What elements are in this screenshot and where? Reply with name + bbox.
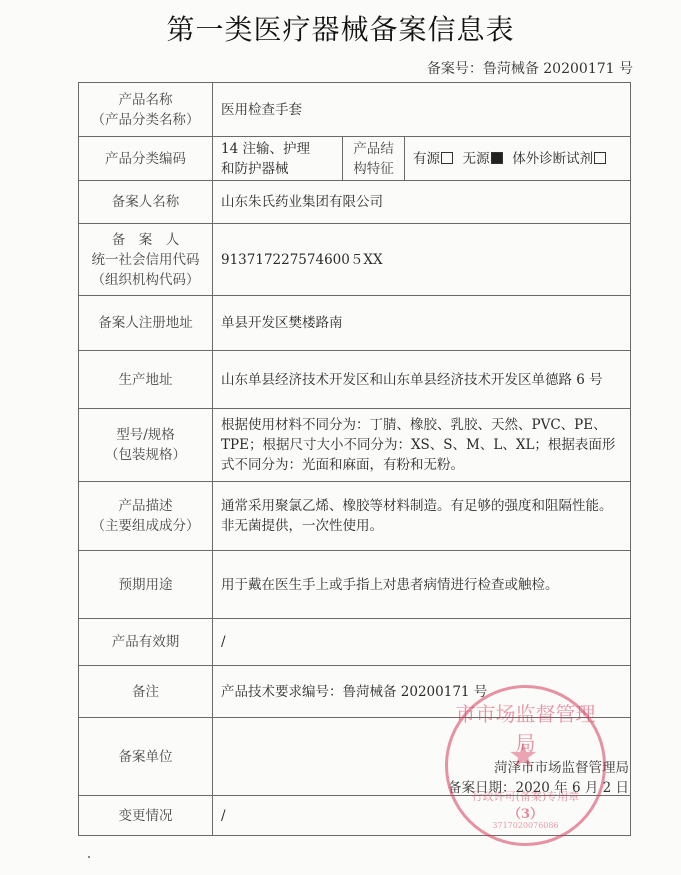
registrant-name-value: 山东朱氏药业集团有限公司 xyxy=(213,181,631,224)
row-classification: 产品分类编码 14 注输、护理和防护器械 产品结构特征 有源 无源 体外诊断试剂 xyxy=(79,137,631,181)
credit-code-label: 备 案 人统一社会信用代码（组织机构代码） xyxy=(79,224,213,296)
row-changes: 变更情况 / xyxy=(79,796,631,836)
model-spec-value: 根据使用材料不同分为：丁腈、橡胶、乳胶、天然、PVC、PE、TPE；根据尺寸大小… xyxy=(213,409,631,482)
checkbox-ivd-icon xyxy=(594,152,606,164)
remarks-label: 备注 xyxy=(79,666,213,718)
production-address-label: 生产地址 xyxy=(79,351,213,409)
row-model-spec: 型号/规格（包装规格） 根据使用材料不同分为：丁腈、橡胶、乳胶、天然、PVC、P… xyxy=(79,409,631,482)
intended-use-value: 用于戴在医生手上或手指上对患者病情进行检查或触检。 xyxy=(213,551,631,619)
validity-value: / xyxy=(213,619,631,666)
row-credit-code: 备 案 人统一社会信用代码（组织机构代码） 913717227574600５XX xyxy=(79,224,631,296)
remarks-value: 产品技术要求编号：鲁菏械备 20200171 号 xyxy=(213,666,631,718)
row-registered-address: 备案人注册地址 单县开发区樊楼路南 xyxy=(79,296,631,351)
intended-use-label: 预期用途 xyxy=(79,551,213,619)
validity-label: 产品有效期 xyxy=(79,619,213,666)
row-description: 产品描述（主要组成成分） 通常采用聚氯乙烯、橡胶等材料制造。有足够的强度和阻隔性… xyxy=(79,482,631,551)
structure-options: 有源 无源 体外诊断试剂 xyxy=(405,137,631,181)
row-validity: 产品有效期 / xyxy=(79,619,631,666)
model-spec-label: 型号/规格（包装规格） xyxy=(79,409,213,482)
row-product-name: 产品名称（产品分类名称） 医用检查手套 xyxy=(79,83,631,137)
filing-date: 备案日期：2020 年 6 月 2 日 xyxy=(448,776,629,796)
structure-label: 产品结构特征 xyxy=(343,137,405,181)
filing-unit-label: 备案单位 xyxy=(79,718,213,796)
row-production-address: 生产地址 山东单县经济技术开发区和山东单县经济技术开发区单德路 6 号 xyxy=(79,351,631,409)
changes-label: 变更情况 xyxy=(79,796,213,836)
credit-code-value: 913717227574600５XX xyxy=(213,224,631,296)
description-label: 产品描述（主要组成成分） xyxy=(79,482,213,551)
row-intended-use: 预期用途 用于戴在医生手上或手指上对患者病情进行检查或触检。 xyxy=(79,551,631,619)
record-info-table: 产品名称（产品分类名称） 医用检查手套 产品分类编码 14 注输、护理和防护器械… xyxy=(78,82,631,836)
registrant-name-label: 备案人名称 xyxy=(79,181,213,224)
checkbox-active-icon xyxy=(441,152,453,164)
classification-value: 14 注输、护理和防护器械 xyxy=(213,137,343,181)
production-address-value: 山东单县经济技术开发区和山东单县经济技术开发区单德路 6 号 xyxy=(213,351,631,409)
record-number: 备案号：鲁菏械备 20200171 号 xyxy=(427,58,633,78)
scan-speck xyxy=(88,856,90,858)
row-remarks: 备注 产品技术要求编号：鲁菏械备 20200171 号 xyxy=(79,666,631,718)
document-title: 第一类医疗器械备案信息表 xyxy=(0,8,681,48)
registered-address-value: 单县开发区樊楼路南 xyxy=(213,296,631,351)
row-registrant-name: 备案人名称 山东朱氏药业集团有限公司 xyxy=(79,181,631,224)
checkbox-passive-checked-icon xyxy=(491,152,503,164)
product-name-label: 产品名称（产品分类名称） xyxy=(79,83,213,137)
classification-label: 产品分类编码 xyxy=(79,137,213,181)
registered-address-label: 备案人注册地址 xyxy=(79,296,213,351)
filing-agency: 菏泽市市场监督管理局 xyxy=(494,756,629,776)
changes-value: / xyxy=(213,796,631,836)
product-name-value: 医用检查手套 xyxy=(213,83,631,137)
description-value: 通常采用聚氯乙烯、橡胶等材料制造。有足够的强度和阻隔性能。非无菌提供，一次性使用… xyxy=(213,482,631,551)
